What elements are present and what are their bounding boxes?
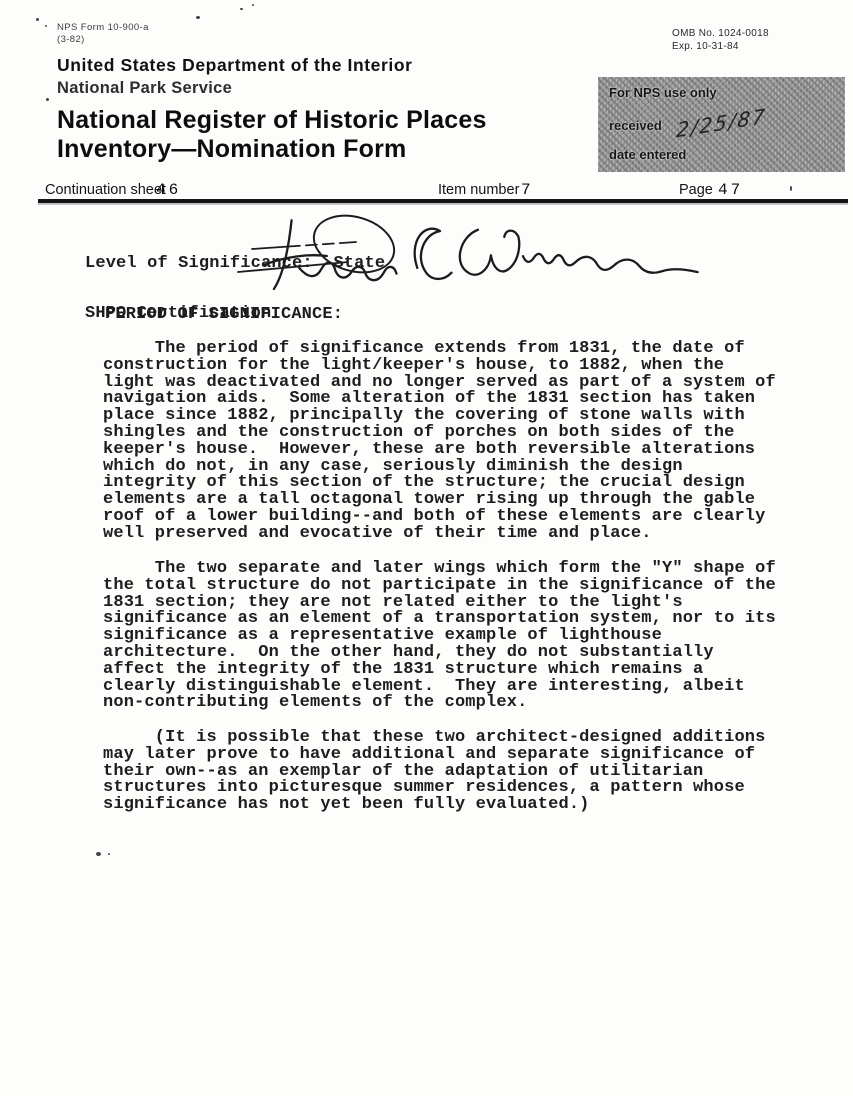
- form-number: NPS Form 10-900-a: [57, 22, 149, 34]
- form-title-line1: National Register of Historic Places: [57, 106, 487, 135]
- scan-speck: [96, 852, 101, 856]
- nps-box-heading: For NPS use only: [609, 85, 845, 100]
- page-label: Page: [679, 182, 713, 198]
- section-heading: PERIOD OF SIGNIFICANCE:: [105, 307, 343, 324]
- scan-speck: [252, 4, 254, 6]
- scan-speck: [196, 16, 200, 19]
- paragraph-1: The period of significance extends from …: [103, 341, 776, 543]
- continuation-sheet-value: 46: [156, 181, 181, 199]
- date-entered-label: date entered: [609, 147, 845, 162]
- paragraph-3: (It is possible that these two architect…: [103, 730, 766, 814]
- scan-speck: [108, 853, 110, 855]
- scan-speck: [240, 8, 243, 10]
- paragraph-2: The two separate and later wings which f…: [103, 561, 776, 712]
- form-title: National Register of Historic Places Inv…: [57, 106, 487, 164]
- received-date-handwritten: 2/25/87: [675, 104, 767, 143]
- form-title-line2: Inventory—Nomination Form: [57, 135, 487, 164]
- scan-speck: [45, 25, 47, 27]
- scan-speck: [36, 18, 39, 21]
- item-number-value: 7: [521, 181, 534, 199]
- scanned-form-page: NPS Form 10-900-a (3-82) OMB No. 1024-00…: [0, 0, 853, 1096]
- item-number-label: Item number: [438, 182, 519, 198]
- omb-number: OMB No. 1024-0018: [672, 27, 769, 40]
- continuation-sheet-label: Continuation sheet: [45, 182, 166, 198]
- department-name: United States Department of the Interior: [57, 55, 413, 76]
- continuation-bar: Continuation sheet 46 Item number 7 Page…: [0, 182, 853, 200]
- received-row: received2/25/87: [609, 111, 845, 135]
- form-number-block: NPS Form 10-900-a (3-82): [57, 22, 149, 46]
- form-revision: (3-82): [57, 34, 149, 46]
- received-label: received: [609, 118, 662, 133]
- omb-expiration: Exp. 10-31-84: [672, 40, 769, 53]
- hand-annotations: [238, 205, 668, 315]
- page-value: 47: [718, 181, 743, 199]
- omb-block: OMB No. 1024-0018 Exp. 10-31-84: [672, 27, 769, 53]
- header-rule: [38, 199, 848, 203]
- shpo-leader-line: [252, 242, 356, 249]
- scan-speck: [46, 98, 49, 101]
- agency-name: National Park Service: [57, 79, 232, 98]
- nps-use-only-box: For NPS use only received2/25/87 date en…: [598, 77, 845, 172]
